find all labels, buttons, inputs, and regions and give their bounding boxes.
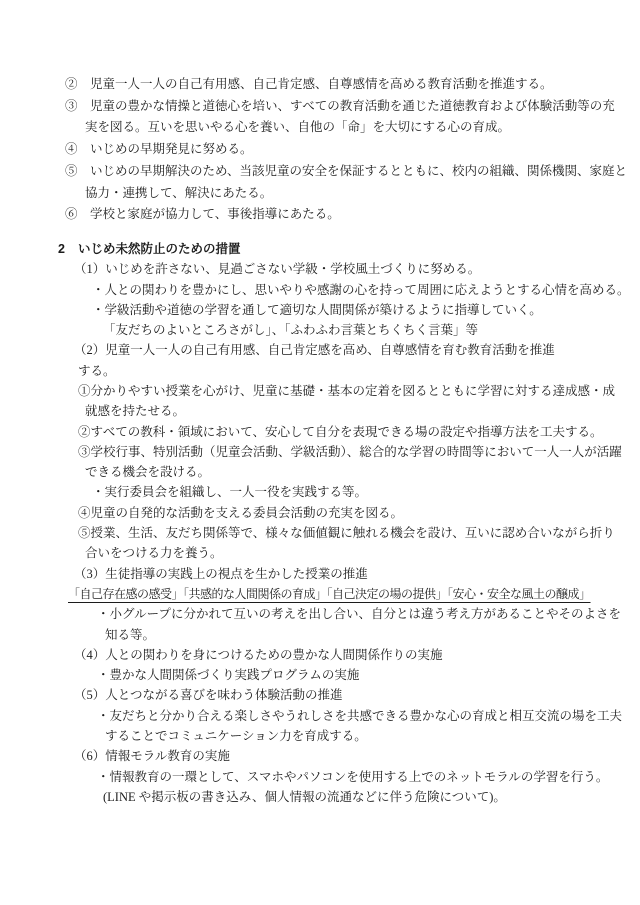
bullet-item: ・人との関わりを豊かにし、思いやりや感謝の心を持って周囲に応えようとする心情を高… — [0, 280, 640, 300]
bullet-item: ・小グループに分かれて互いの考えを出し合い、自分とは違う考え方があることやそのよ… — [0, 604, 640, 624]
sub-item-circled-5: ⑤授業、生活、友だち関係等で、様々な価値観に触れる機会を設け、互いに認め合いなが… — [0, 523, 640, 543]
list-item-circled-5: ⑤ いじめの早期解決のため、当該児童の安全を保証するとともに、校内の組織、関係機… — [0, 161, 640, 183]
paren-item-4: （4）人との関わりを身につけるための豊かな人間関係作りの実施 — [0, 645, 640, 665]
sub-item-circled-3-wrap: できる機会を設ける。 — [0, 462, 640, 482]
basic-policy-list: ② 児童一人一人の自己有用感、自己肯定感、自尊感情を高める教育活動を推進する。 … — [0, 0, 640, 226]
paren-item-6: （6）情報モラル教育の実施 — [0, 746, 640, 766]
sub-item-circled-1-wrap: 就感を持たせる。 — [0, 401, 640, 421]
sub-item-circled-2: ②すべての教科・領域において、安心して自分を表現できる場の設定や指導方法を工夫す… — [0, 422, 640, 442]
underlined-keywords-line: 「自己存在感の感受」「共感的な人間関係の育成」「自己決定の場の提供」「安心・安全… — [0, 584, 640, 604]
paren-item-2: （2）児童一人一人の自己有用感、自己肯定感を高め、自尊感情を育む教育活動を推進 — [0, 340, 640, 360]
section-heading: 2いじめ未然防止のための措置 — [0, 239, 640, 259]
paragraph-gap — [0, 226, 640, 239]
paren-item-1: （1）いじめを許さない、見過ごさない学級・学校風土づくりに努める。 — [0, 259, 640, 279]
section-title: いじめ未然防止のための措置 — [78, 242, 241, 256]
sub-item-circled-3: ③学校行事、特別活動（児童会活動、学級活動）、総合的な学習の時間等において一人一… — [0, 442, 640, 462]
bullet-item: ・学級活動や道徳の学習を通して適切な人間関係が築けるように指導していく。 — [0, 300, 640, 320]
document-page: ② 児童一人一人の自己有用感、自己肯定感、自尊感情を高める教育活動を推進する。 … — [0, 0, 640, 905]
list-item-circled-5-wrap: 協力・連携して、解決にあたる。 — [0, 183, 640, 205]
sub-item-circled-1: ①分かりやすい授業を心がけ、児童に基礎・基本の定着を図るとともに学習に対する達成… — [0, 381, 640, 401]
paren-item-2-wrap: する。 — [0, 361, 640, 381]
sub-item-circled-4: ④児童の自発的な活動を支える委員会活動の充実を図る。 — [0, 503, 640, 523]
paren-item-3: （3）生徒指導の実践上の視点を生かした授業の推進 — [0, 564, 640, 584]
section-number: 2 — [58, 242, 65, 256]
list-item-circled-4: ④ いじめの早期発見に努める。 — [0, 139, 640, 161]
bullet-item-wrap: 知る等。 — [0, 625, 640, 645]
parenthetical-note-line: (LINE や掲示板の書き込み、個人情報の流通などに伴う危険について)。 — [0, 787, 640, 807]
bullet-item-wrap: することでコミュニケーション力を育成する。 — [0, 726, 640, 746]
bullet-item: ・友だちと分かり合える楽しさやうれしさを共感できる豊かな心の育成と相互交流の場を… — [0, 706, 640, 726]
bullet-item: ・情報教育の一環として、スマホやパソコンを使用する上でのネットモラルの学習を行う… — [0, 767, 640, 787]
bullet-item: ・実行委員会を組織し、一人一役を実践する等。 — [0, 482, 640, 502]
list-item-circled-3: ③ 児童の豊かな情操と道徳心を培い、すべての教育活動を通じた道徳教育および体験活… — [0, 96, 640, 118]
section-bullying-prevention: 2いじめ未然防止のための措置 （1）いじめを許さない、見過ごさない学級・学校風土… — [0, 239, 640, 807]
sub-item-circled-5-wrap: 合いをつける力を養う。 — [0, 543, 640, 563]
bullet-item: ・豊かな人間関係づくり実践プログラムの実施 — [0, 665, 640, 685]
example-phrases-line: 「友だちのよいところさがし」、「ふわふわ言葉とちくちく言葉」等 — [0, 320, 640, 340]
list-item-circled-6: ⑥ 学校と家庭が協力して、事後指導にあたる。 — [0, 204, 640, 226]
paren-item-5: （5）人とつながる喜びを味わう体験活動の推進 — [0, 685, 640, 705]
list-item-circled-3-wrap: 実を図る。互いを思いやる心を養い、自他の「命」を大切にする心の育成。 — [0, 117, 640, 139]
list-item-circled-2: ② 児童一人一人の自己有用感、自己肯定感、自尊感情を高める教育活動を推進する。 — [0, 74, 640, 96]
